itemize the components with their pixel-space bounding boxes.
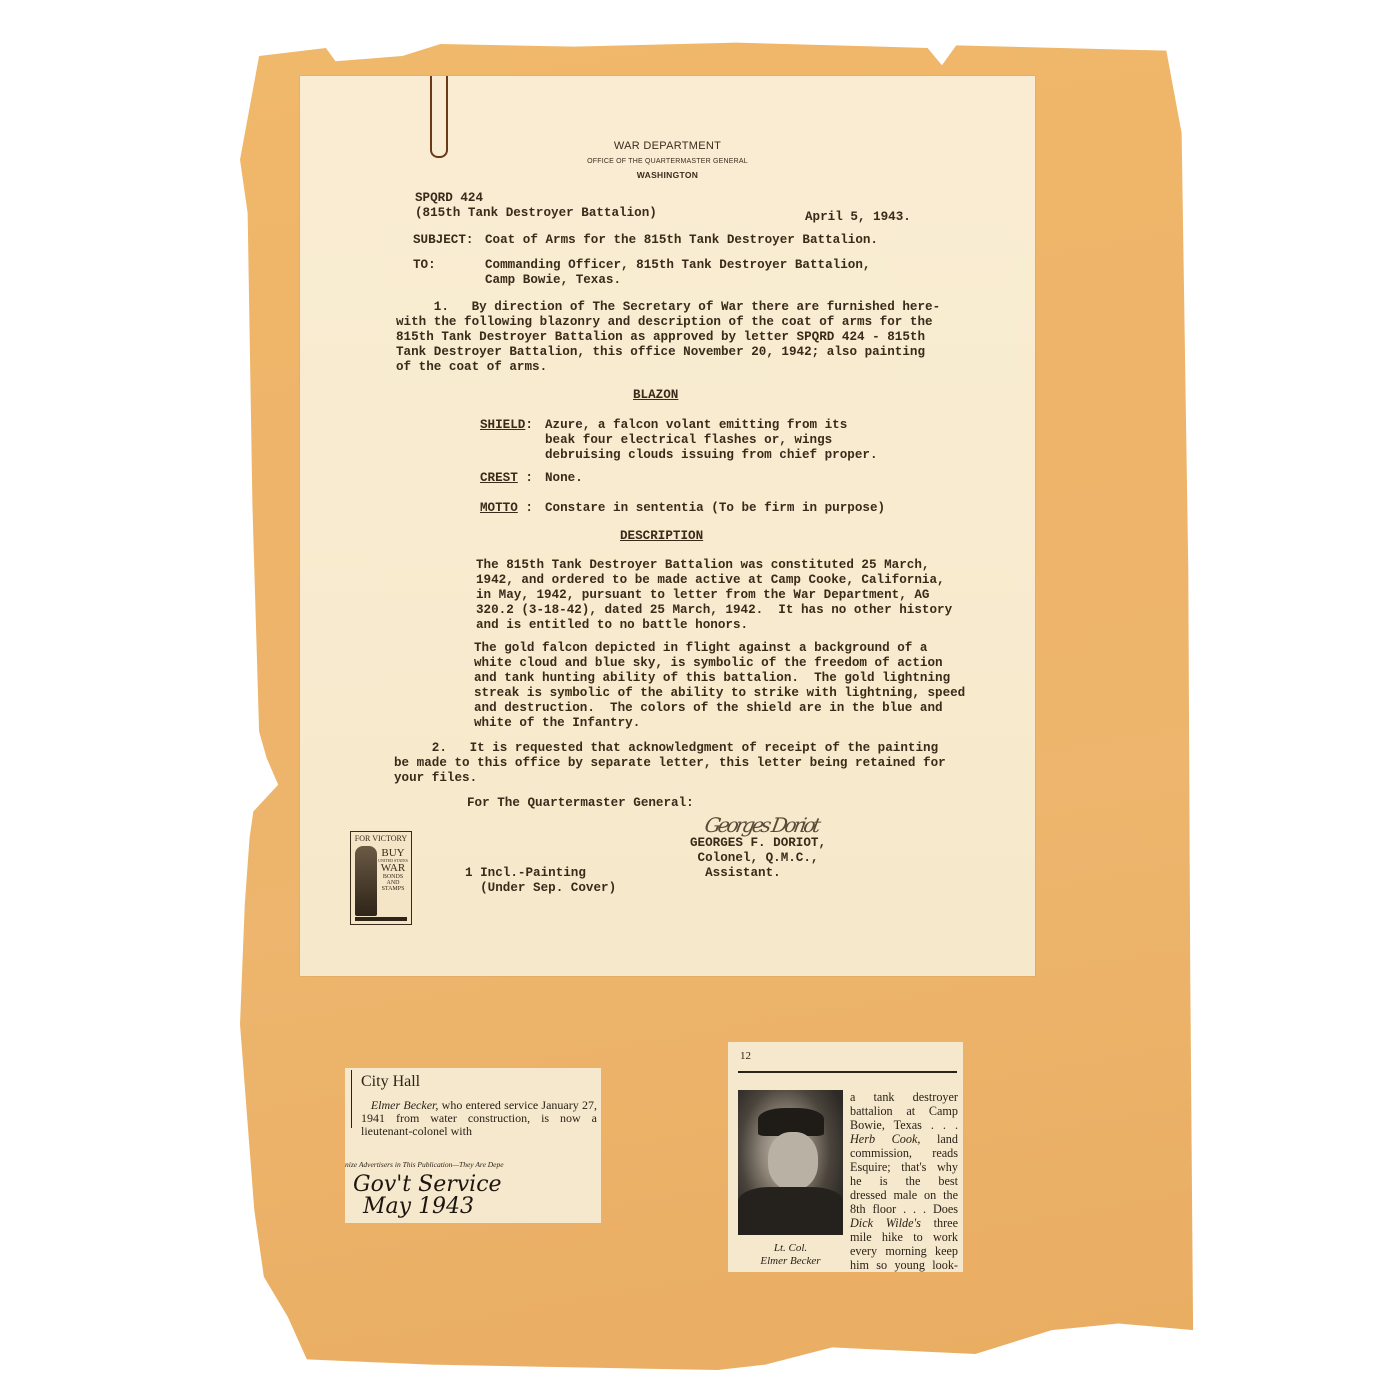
- clipping-heading: City Hall: [361, 1073, 420, 1091]
- motto-text: Constare in sententia (To be firm in pur…: [545, 501, 885, 516]
- stamp-base: [355, 917, 407, 921]
- ad-line: nize Advertisers in This Publication—The…: [345, 1160, 504, 1169]
- subject-label: SUBJECT:: [413, 233, 473, 248]
- officer-portrait: [738, 1090, 843, 1235]
- description-line: 320.2 (3-18-42), dated 25 March, 1942. I…: [476, 603, 952, 618]
- enclosure-line: 1 Incl.-Painting: [465, 866, 586, 881]
- clipping-body: Elmer Becker, who entered service Januar…: [361, 1099, 597, 1138]
- paragraph-line: 1. By direction of The Secretary of War …: [396, 300, 940, 315]
- column-rule: [351, 1070, 352, 1128]
- profile-clipping: 12 Lt. Col. Elmer Becker a tank destroye…: [728, 1042, 963, 1272]
- shield-line: Azure, a falcon volant emitting from its: [545, 418, 847, 433]
- description-line: and tank hunting ability of this battali…: [474, 671, 950, 686]
- to-label: TO:: [413, 258, 436, 273]
- paragraph-line: of the coat of arms.: [396, 360, 547, 375]
- enclosure-line: (Under Sep. Cover): [465, 881, 616, 896]
- coat-shape: [738, 1187, 843, 1235]
- reference-code: SPQRD 424: [415, 191, 483, 206]
- letter-date: April 5, 1943.: [805, 210, 911, 225]
- crest-text: None.: [545, 471, 583, 486]
- motto-label: MOTTO: [480, 501, 518, 515]
- closing-line: For The Quartermaster General:: [467, 796, 694, 811]
- description-line: white of the Infantry.: [474, 716, 640, 731]
- shield-line: debruising clouds issuing from chief pro…: [545, 448, 878, 463]
- stamp-word: WAR: [378, 863, 408, 874]
- header-rule: [738, 1071, 957, 1073]
- paragraph-line: be made to this office by separate lette…: [394, 756, 946, 771]
- blazon-heading: BLAZON: [633, 388, 678, 403]
- description-line: and destruction. The colors of the shiel…: [474, 701, 943, 716]
- to-line: Commanding Officer, 815th Tank Destroyer…: [485, 258, 870, 273]
- minuteman-figure-icon: [355, 846, 377, 916]
- signer-name: GEORGES F. DORIOT,: [690, 836, 826, 851]
- article-column: a tank destroyer battalion at Camp Bowie…: [850, 1090, 958, 1272]
- letterhead-office: OFFICE OF THE QUARTERMASTER GENERAL: [300, 158, 1035, 165]
- description-line: in May, 1942, pursuant to letter from th…: [476, 588, 929, 603]
- description-line: white cloud and blue sky, is symbolic of…: [474, 656, 943, 671]
- description-line: streak is symbolic of the ability to str…: [474, 686, 965, 701]
- shield-label: SHIELD: [480, 418, 525, 432]
- description-line: The gold falcon depicted in flight again…: [474, 641, 927, 656]
- stamp-slogan: FOR VICTORY: [351, 834, 411, 843]
- crest-label: CREST: [480, 471, 518, 485]
- person-name: Elmer Becker,: [371, 1098, 439, 1112]
- paragraph-line: with the following blazonry and descript…: [396, 315, 933, 330]
- face-shape: [768, 1132, 818, 1190]
- war-department-letter: WAR DEPARTMENT OFFICE OF THE QUARTERMAST…: [300, 76, 1035, 976]
- signature: Georges Doriot: [703, 813, 820, 837]
- description-line: 1942, and ordered to be made active at C…: [476, 573, 945, 588]
- description-heading: DESCRIPTION: [620, 529, 703, 544]
- paragraph-line: Tank Destroyer Battalion, this office No…: [396, 345, 925, 360]
- stamp-word: STAMPS: [378, 886, 408, 892]
- signer-title: Assistant.: [690, 866, 781, 881]
- subject-text: Coat of Arms for the 815th Tank Destroye…: [485, 233, 878, 248]
- handwritten-date: May 1943: [363, 1194, 474, 1219]
- description-line: The 815th Tank Destroyer Battalion was c…: [476, 558, 929, 573]
- reference-subtitle: (815th Tank Destroyer Battalion): [415, 206, 657, 221]
- city-hall-clipping: City Hall Elmer Becker, who entered serv…: [345, 1068, 601, 1223]
- description-line: and is entitled to no battle honors.: [476, 618, 748, 633]
- signer-rank: Colonel, Q.M.C.,: [690, 851, 818, 866]
- to-line: Camp Bowie, Texas.: [485, 273, 621, 288]
- shield-line: beak four electrical flashes or, wings: [545, 433, 832, 448]
- letterhead-title: WAR DEPARTMENT: [300, 140, 1035, 152]
- war-bonds-stamp: FOR VICTORY BUY UNITED STATES WAR BONDS …: [350, 831, 412, 925]
- letterhead-city: WASHINGTON: [300, 170, 1035, 180]
- paragraph-line: 2. It is requested that acknowledgment o…: [394, 741, 938, 756]
- paragraph-line: your files.: [394, 771, 477, 786]
- photo-caption: Lt. Col. Elmer Becker: [738, 1242, 843, 1268]
- page-number: 12: [740, 1050, 751, 1062]
- paragraph-line: 815th Tank Destroyer Battalion as approv…: [396, 330, 925, 345]
